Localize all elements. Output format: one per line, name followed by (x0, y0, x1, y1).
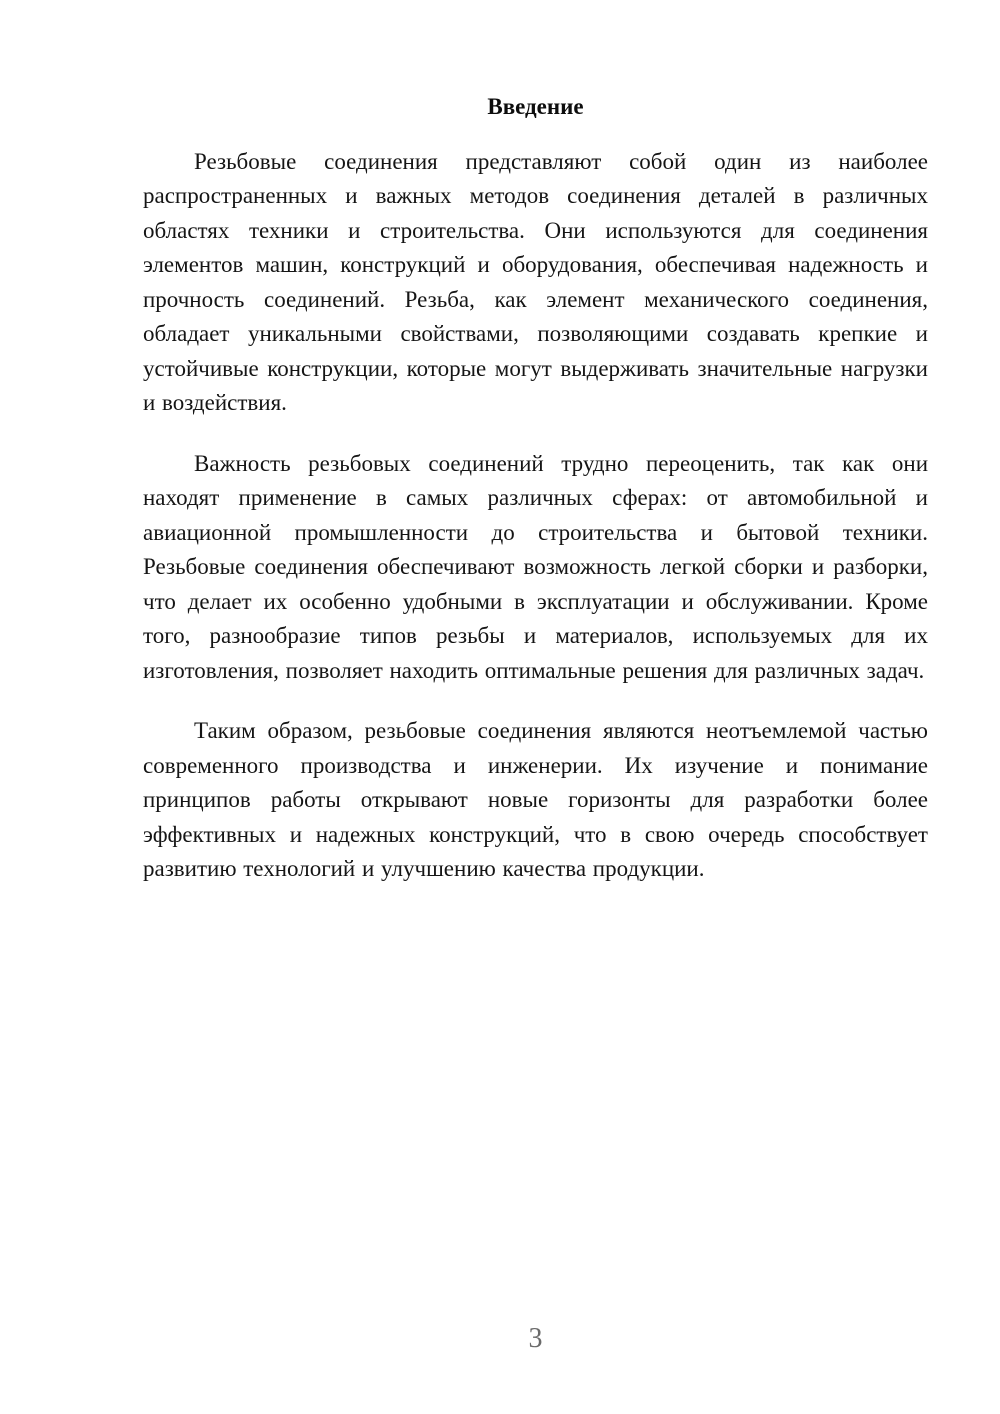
document-page: Введение Резьбовые соединения представля… (0, 0, 1000, 1414)
page-number: 3 (143, 1323, 928, 1355)
text-block: Введение Резьбовые соединения представля… (143, 90, 928, 887)
paragraph-intro: Резьбовые соединения представляют собой … (143, 145, 928, 421)
paragraph-importance: Важность резьбовых соединений трудно пер… (143, 447, 928, 689)
paragraph-conclusion: Таким образом, резьбовые соединения явля… (143, 714, 928, 887)
page-title: Введение (143, 90, 928, 125)
